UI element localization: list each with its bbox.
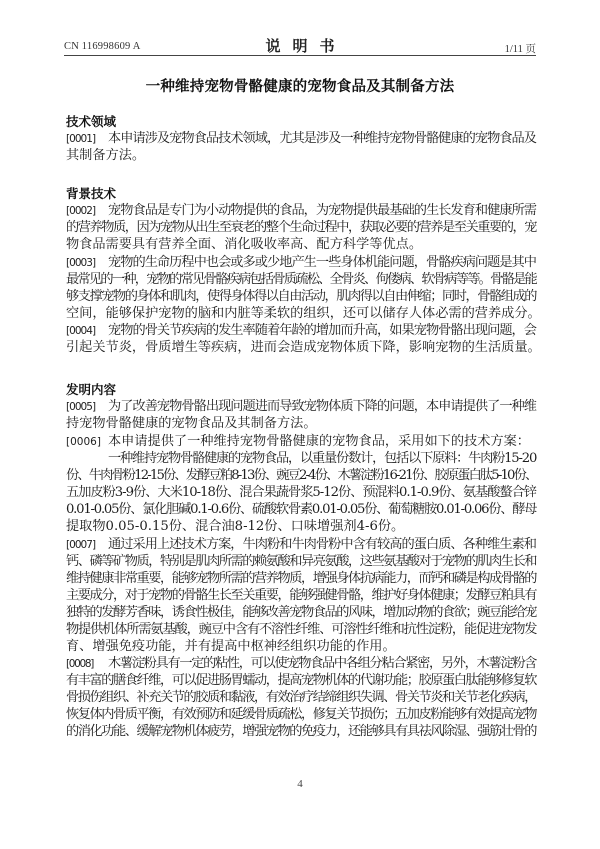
paragraph-line: [0008]木薯淀粉具有一定的粘性，可以使宠物食品中各组分粘合紧密，另外，木薯淀…	[66, 655, 536, 672]
document-title: 一种维持宠物骨骼健康的宠物食品及其制备方法	[0, 75, 600, 96]
section-heading: 背景技术	[66, 185, 116, 202]
paragraph-number: [0002]	[66, 203, 108, 220]
section-heading: 技术领域	[66, 113, 116, 130]
paragraph-line: [0003]宠物的生命历程中也会或多或少地产生一些身体机能问题，骨骼疾病问题是其…	[66, 254, 536, 271]
paragraph-line: 引起关节炎，骨质增生等疾病，进而会造成宠物体质下降，影响宠物的生活质量。	[66, 339, 536, 356]
paragraph-line: 份、牛肉骨粉12-15份、发酵豆粕8-13份、豌豆2-4份、木薯淀粉16-21份…	[66, 467, 536, 484]
paragraph-line: 够支撑宠物的身体和肌肉，使得身体得以自由活动，肌肉得以自由伸缩；同时，骨骼组成的	[66, 288, 536, 305]
paragraph-line: 最常见的一种，宠物的常见骨骼疾病包括骨质疏松、全骨炎、佝偻病、软骨病等等。骨骼是…	[66, 271, 536, 288]
header-divider	[64, 55, 536, 56]
paragraph-line: 的营养物质，因为宠物从出生至衰老的整个生命过程中，获取必要的营养是至关重要的，宠	[66, 219, 536, 236]
paragraph-number: [0006]	[66, 434, 108, 451]
paragraph-line: [0006]本申请提供了一种维持宠物骨骼健康的宠物食品，采用如下的技术方案：	[66, 433, 536, 450]
paragraph-number: [0001]	[66, 131, 108, 148]
page-indicator: 1/11 页	[505, 41, 536, 56]
paragraph-number: [0003]	[66, 255, 108, 272]
paragraph-line: [0005]为了改善宠物骨骼出现问题进而导致宠物体质下降的问题，本申请提供了一种…	[66, 398, 536, 415]
paragraph-line: 的消化功能、缓解宠物机体疲劳，增强宠物的免疫力，还能够具有具祛风除湿、强筋壮骨的	[66, 723, 536, 740]
paragraph-line: 有丰富的膳食纤维，可以促进肠胃蠕动，提高宠物机体的代谢功能；胶原蛋白肽能够修复软	[66, 672, 536, 689]
paragraph-line: 育、增强免疫功能，并有提高中枢神经组织功能的作用。	[66, 638, 536, 655]
paragraph-number: [0008]	[66, 656, 108, 673]
paragraph-number: [0004]	[66, 323, 108, 340]
page-number: 4	[0, 778, 600, 790]
paragraph-line: 主要成分，对于宠物的骨骼生长至关重要，能够强健骨骼，维护好身体健康；发酵豆粕具有	[66, 587, 536, 604]
paragraph-line: 物提供机体所需氨基酸，豌豆中含有不溶性纤维、可溶性纤维和抗性淀粉，能促进宠物发	[66, 621, 536, 638]
paragraph-line: 持宠物骨骼健康的宠物食品及其制备方法。	[66, 415, 536, 432]
paragraph-line: 一种维持宠物骨骼健康的宠物食品，以重量份数计，包括以下原料：牛肉粉15-20	[66, 450, 536, 467]
paragraph-line: 物食品需要具有营养全面、消化吸收率高、配方科学等优点。	[66, 236, 536, 253]
paragraph-line: 骨损伤组织、补充关节的胶质和黏液，有效治疗结缔组织失调、骨关节炎和关节老化疾病，	[66, 689, 536, 706]
paragraph-line: 维持健康非常重要，能够宠物所需的营养物质，增强身体抗病能力，而钙和磷是构成骨骼的	[66, 570, 536, 587]
paragraph-line: [0004]宠物的骨关节疾病的发生率随着年龄的增加而升高，如果宠物骨骼出现问题，…	[66, 322, 536, 339]
paragraph-line: 空间，能够保护宠物的脑和内脏等柔软的组织，还可以储存人体必需的营养成分。	[66, 305, 536, 322]
paragraph-line: [0007]通过采用上述技术方案，牛肉粉和牛肉骨粉中含有较高的蛋白质、各种维生素…	[66, 536, 536, 553]
paragraph-line: [0001]本申请涉及宠物食品技术领域，尤其是涉及一种维持宠物骨骼健康的宠物食品…	[66, 130, 536, 147]
paragraph-line: 独特的发酵芳香味，诱食性极佳，能够改善宠物食品的风味，增加动物的食欲；豌豆能给宠	[66, 604, 536, 621]
paragraph-number: [0007]	[66, 537, 108, 554]
paragraph-line: 五加皮粉3-9份、大米10-18份、混合果蔬骨浆5-12份、预混料0.1-0.9…	[66, 484, 536, 501]
section-heading: 发明内容	[66, 381, 116, 398]
paragraph-line: [0002]宠物食品是专门为小动物提供的食品，为宠物提供最基础的生长发育和健康所…	[66, 202, 536, 219]
paragraph-line: 0.01-0.05份、氯化胆碱0.1-0.6份、硫酸软骨素0.01-0.05份、…	[66, 501, 536, 518]
paragraph-line: 钙、磷等矿物质，特别是肌肉所需的赖氨酸和异亮氨酸，这些氨基酸对于宠物的肌肉生长和	[66, 553, 536, 570]
paragraph-line: 提取物0.05-0.15份、混合油8-12份、口味增强剂4-6份。	[66, 518, 536, 535]
paragraph-line: 其制备方法。	[66, 147, 536, 164]
paragraph-line: 恢复体内骨质平衡，有效预防和延缓骨质疏松，修复关节损伤；五加皮粉能够有效提高宠物	[66, 706, 536, 723]
paragraph-number: [0005]	[66, 399, 108, 416]
